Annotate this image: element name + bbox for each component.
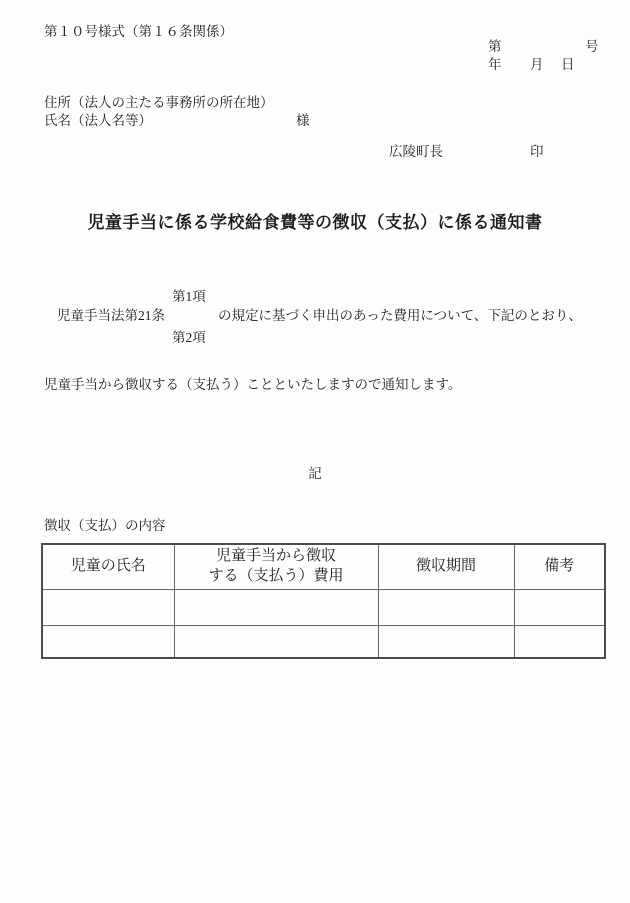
law-reference: 児童手当法第21条 <box>57 308 165 324</box>
document-title: 児童手当に係る学校給食費等の徴収（支払）に係る通知書 <box>0 208 630 233</box>
cell-child-name <box>42 625 174 658</box>
recipient-address-label: 住所（法人の主たる事務所の所在地） <box>44 95 274 111</box>
doc-number-prefix: 第 <box>488 39 502 55</box>
cell-period <box>378 589 514 625</box>
clause-option-1: 第1項 <box>172 289 206 305</box>
table-row <box>42 589 605 625</box>
doc-number-suffix: 号 <box>585 39 599 55</box>
date-year-label: 年 <box>488 57 502 73</box>
date-month-label: 月 <box>530 57 544 73</box>
recipient-honorific: 様 <box>296 113 310 129</box>
collection-table: 児童の氏名 児童手当から徴収する（支払う）費用 徴収期間 備考 <box>41 543 606 659</box>
table-caption: 徴収（支払）の内容 <box>44 518 166 534</box>
cell-remarks <box>514 589 605 625</box>
table-header-row: 児童の氏名 児童手当から徴収する（支払う）費用 徴収期間 備考 <box>42 544 605 589</box>
header-child-name: 児童の氏名 <box>42 544 174 589</box>
notice-sentence: 児童手当から徴収する（支払う）ことといたしますので通知します。 <box>44 377 461 393</box>
cell-child-name <box>42 589 174 625</box>
header-fee: 児童手当から徴収する（支払う）費用 <box>174 544 378 589</box>
clause-option-2: 第2項 <box>172 330 206 346</box>
form-number: 第１０号様式（第１６条関係） <box>44 24 233 40</box>
issuer-seal-mark: 印 <box>530 144 544 160</box>
cell-remarks <box>514 625 605 658</box>
date-day-label: 日 <box>561 57 575 73</box>
cell-fee <box>174 625 378 658</box>
clause-continuation-text: の規定に基づく申出のあった費用について、下記のとおり、 <box>218 308 582 324</box>
issuer-title: 広陵町長 <box>389 144 443 160</box>
recipient-name-label: 氏名（法人名等） <box>44 113 152 129</box>
document-page: 第１０号様式（第１６条関係） 第 号 年 月 日 住所（法人の主たる事務所の所在… <box>0 0 630 903</box>
header-period: 徴収期間 <box>378 544 514 589</box>
header-fee-line2: する（支払う）費用 <box>208 568 343 584</box>
header-remarks: 備考 <box>514 544 605 589</box>
cell-fee <box>174 589 378 625</box>
cell-period <box>378 625 514 658</box>
table-row <box>42 625 605 658</box>
header-fee-line1: 児童手当から徴収 <box>216 548 336 564</box>
record-marker: 記 <box>0 466 630 482</box>
